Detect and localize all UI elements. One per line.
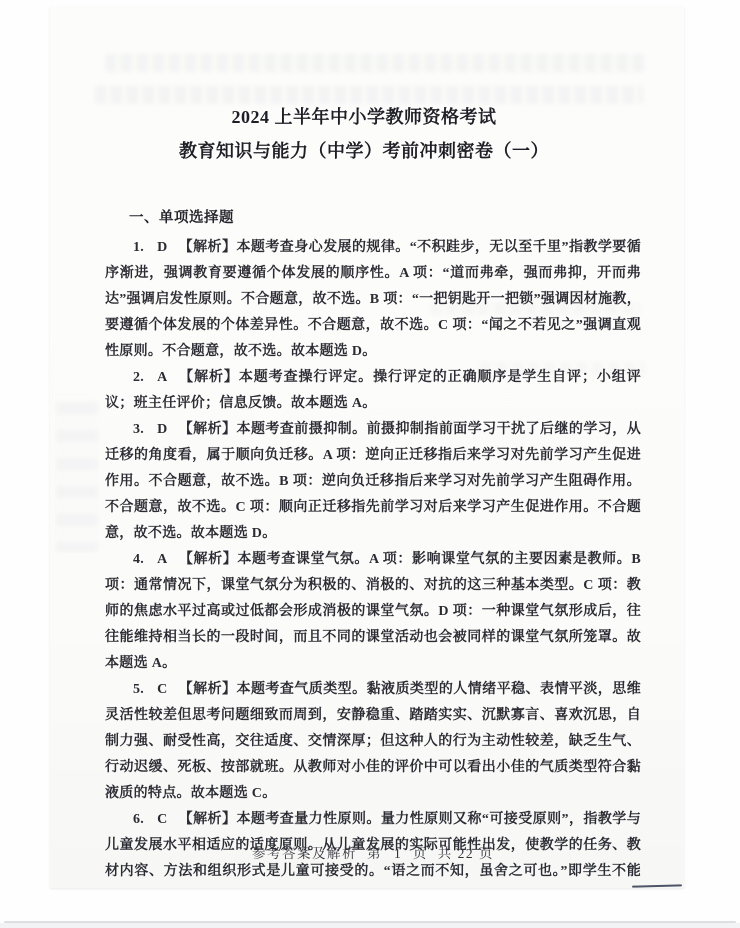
question-number: 2.: [133, 370, 144, 385]
document-page: 2024 上半年中小学教师资格考试 教育知识与能力（中学）考前冲刺密卷（一） 一…: [50, 6, 684, 888]
analysis-tag: 【解析】: [179, 812, 237, 827]
answers-list: 1.D【解析】本题考查身心发展的规律。“不积跬步，无以至千里”指教学要循序渐进，…: [105, 235, 641, 888]
answer-letter: A: [157, 552, 167, 567]
answer-item-4: 4.A【解析】本题考查课堂气氛。A 项：影响课堂气氛的主要因素是教师。B 项：通…: [105, 547, 641, 677]
answer-item-2: 2.A【解析】本题考查操行评定。操行评定的正确顺序是学生自评；小组评议；班主任评…: [105, 365, 641, 417]
doc-title: 2024 上半年中小学教师资格考试: [105, 100, 623, 134]
analysis-text: 本题考查身心发展的规律。“不积跬步，无以至千里”指教学要循序渐进，强调教育要遵循…: [105, 240, 641, 359]
question-number: 6.: [133, 812, 144, 827]
answer-letter: C: [157, 682, 167, 697]
page-edge-shadow-mark: [632, 884, 682, 887]
answer-item-1: 1.D【解析】本题考查身心发展的规律。“不积跬步，无以至千里”指教学要循序渐进，…: [105, 235, 641, 365]
analysis-tag: 【解析】: [179, 682, 237, 697]
analysis-text: 本题考查前摄抑制。前摄抑制指前面学习干扰了后继的学习，从迁移的角度看，属于顺向负…: [105, 422, 641, 541]
analysis-tag: 【解析】: [179, 422, 237, 437]
page-content: 2024 上半年中小学教师资格考试 教育知识与能力（中学）考前冲刺密卷（一） 一…: [105, 6, 641, 888]
answer-letter: D: [157, 240, 167, 255]
analysis-tag: 【解析】: [179, 370, 239, 385]
analysis-text: 本题考查课堂气氛。A 项：影响课堂气氛的主要因素是教师。B 项：通常情况下，课堂…: [105, 552, 641, 671]
document-title-block: 2024 上半年中小学教师资格考试 教育知识与能力（中学）考前冲刺密卷（一）: [105, 100, 641, 168]
answer-letter: D: [157, 422, 167, 437]
bleed-through-smudge: [56, 402, 98, 552]
scanner-background: [0, 923, 740, 928]
question-number: 5.: [133, 682, 144, 697]
footer-page-suffix: 页: [413, 846, 428, 861]
footer-label: 参考答案及解析: [252, 846, 357, 861]
analysis-tag: 【解析】: [179, 552, 238, 567]
page-footer: 参考答案及解析第1页共 22 页: [105, 842, 641, 862]
footer-page-prefix: 第: [367, 846, 382, 861]
section-heading: 一、单项选择题: [105, 206, 641, 227]
answer-letter: A: [157, 370, 167, 385]
answer-item-3: 3.D【解析】本题考查前摄抑制。前摄抑制指前面学习干扰了后继的学习，从迁移的角度…: [105, 417, 641, 547]
question-number: 4.: [133, 552, 144, 567]
doc-subtitle: 教育知识与能力（中学）考前冲刺密卷（一）: [105, 134, 623, 168]
analysis-tag: 【解析】: [179, 240, 237, 255]
footer-page-number: 1: [394, 846, 401, 861]
question-number: 1.: [133, 240, 144, 255]
answer-letter: C: [157, 812, 167, 827]
answer-item-5: 5.C【解析】本题考查气质类型。黏液质类型的人情绪平稳、表情平淡，思维灵活性较差…: [105, 677, 641, 807]
analysis-text: 本题考查气质类型。黏液质类型的人情绪平稳、表情平淡，思维灵活性较差但思考问题细致…: [105, 682, 641, 801]
scanned-document: { "doc": { "title": "2024 上半年中小学教师资格考试",…: [0, 0, 740, 928]
question-number: 3.: [133, 422, 144, 437]
footer-total-pages: 共 22 页: [438, 846, 494, 861]
